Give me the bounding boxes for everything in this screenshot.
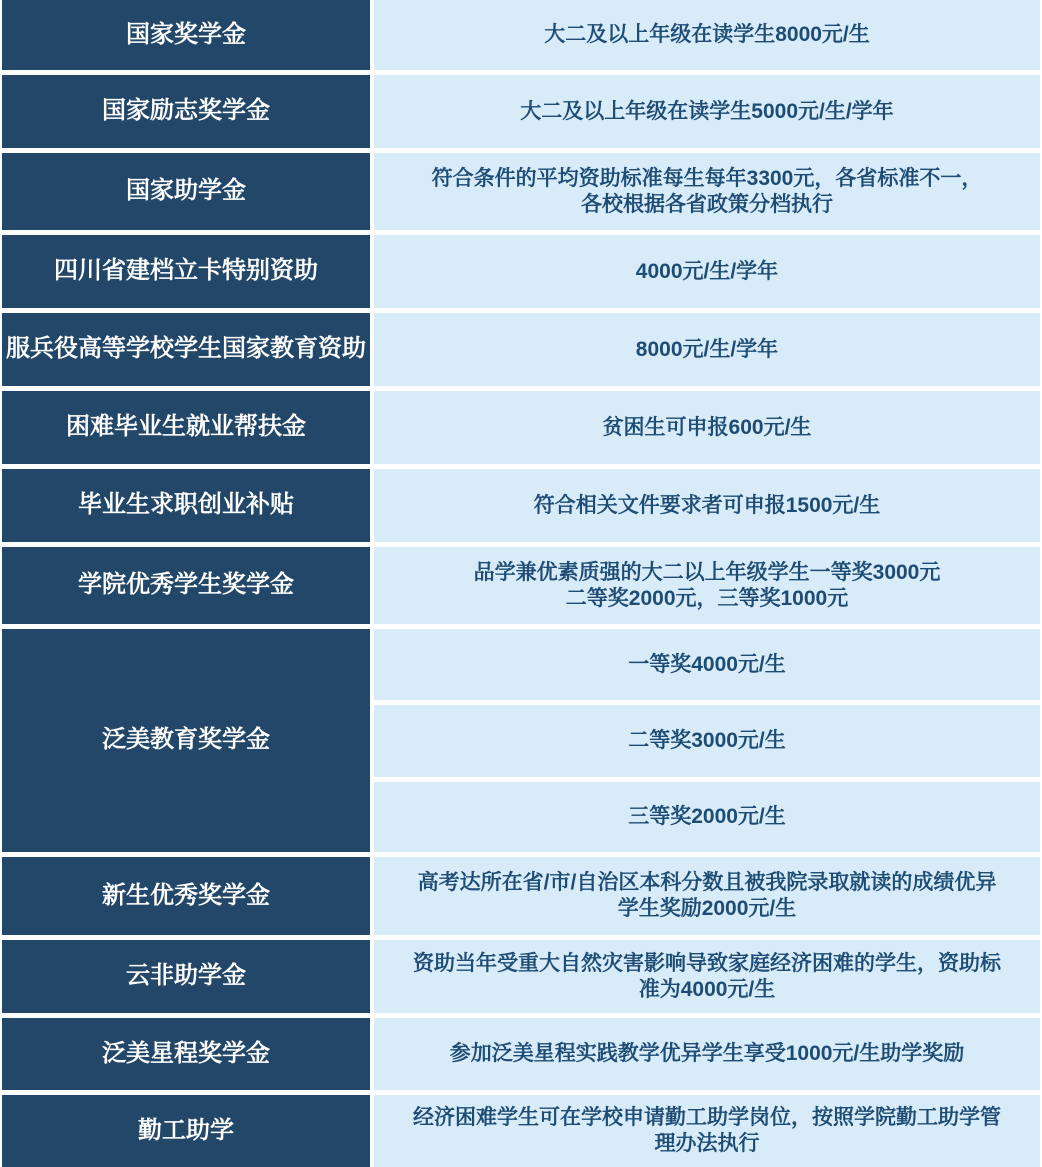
row-3-desc-cell: 4000元/生/学年 — [374, 235, 1040, 308]
row-8-tier-3-cell: 三等奖2000元/生 — [374, 782, 1040, 852]
row-5-name-cell: 困难毕业生就业帮扶金 — [2, 391, 370, 464]
row-9-desc-cell: 高考达所在省/市/自治区本科分数且被我院录取就读的成绩优异 学生奖励2000元/… — [374, 857, 1040, 935]
row-4-desc-cell: 8000元/生/学年 — [374, 313, 1040, 386]
row-7-desc-cell: 品学兼优素质强的大二以上年级学生一等奖3000元 二等奖2000元，三等奖100… — [374, 547, 1040, 624]
row-4-name-cell: 服兵役高等学校学生国家教育资助 — [2, 313, 370, 386]
row-11-desc-cell: 参加泛美星程实践教学优异学生享受1000元/生助学奖励 — [374, 1018, 1040, 1090]
row-1-desc-cell: 大二及以上年级在读学生5000元/生/学年 — [374, 75, 1040, 148]
row-8-tier-2-cell: 二等奖3000元/生 — [374, 705, 1040, 777]
row-0-name-cell: 国家奖学金 — [2, 0, 370, 70]
row-8-name-cell: 泛美教育奖学金 — [2, 629, 370, 852]
row-7-name-cell: 学院优秀学生奖学金 — [2, 547, 370, 624]
row-0-desc-cell: 大二及以上年级在读学生8000元/生 — [374, 0, 1040, 70]
row-10-desc-cell: 资助当年受重大自然灾害影响导致家庭经济困难的学生，资助标 准为4000元/生 — [374, 940, 1040, 1013]
row-11-name-cell: 泛美星程奖学金 — [2, 1018, 370, 1090]
row-12-name-cell: 勤工助学 — [2, 1095, 370, 1167]
row-10-name-cell: 云非助学金 — [2, 940, 370, 1013]
row-2-desc-cell: 符合条件的平均资助标准每生每年3300元，各省标准不一， 各校根据各省政策分档执… — [374, 153, 1040, 230]
row-2-name-cell: 国家助学金 — [2, 153, 370, 230]
row-5-desc-cell: 贫困生可申报600元/生 — [374, 391, 1040, 464]
row-12-desc-cell: 经济困难学生可在学校申请勤工助学岗位，按照学院勤工助学管 理办法执行 — [374, 1095, 1040, 1167]
row-3-name-cell: 四川省建档立卡特别资助 — [2, 235, 370, 308]
row-6-desc-cell: 符合相关文件要求者可申报1500元/生 — [374, 469, 1040, 542]
row-8-tier-1-cell: 一等奖4000元/生 — [374, 629, 1040, 700]
row-6-name-cell: 毕业生求职创业补贴 — [2, 469, 370, 542]
row-1-name-cell: 国家励志奖学金 — [2, 75, 370, 148]
row-9-name-cell: 新生优秀奖学金 — [2, 857, 370, 935]
scholarship-table: 国家奖学金 大二及以上年级在读学生8000元/生 国家励志奖学金 大二及以上年级… — [0, 0, 1042, 1167]
